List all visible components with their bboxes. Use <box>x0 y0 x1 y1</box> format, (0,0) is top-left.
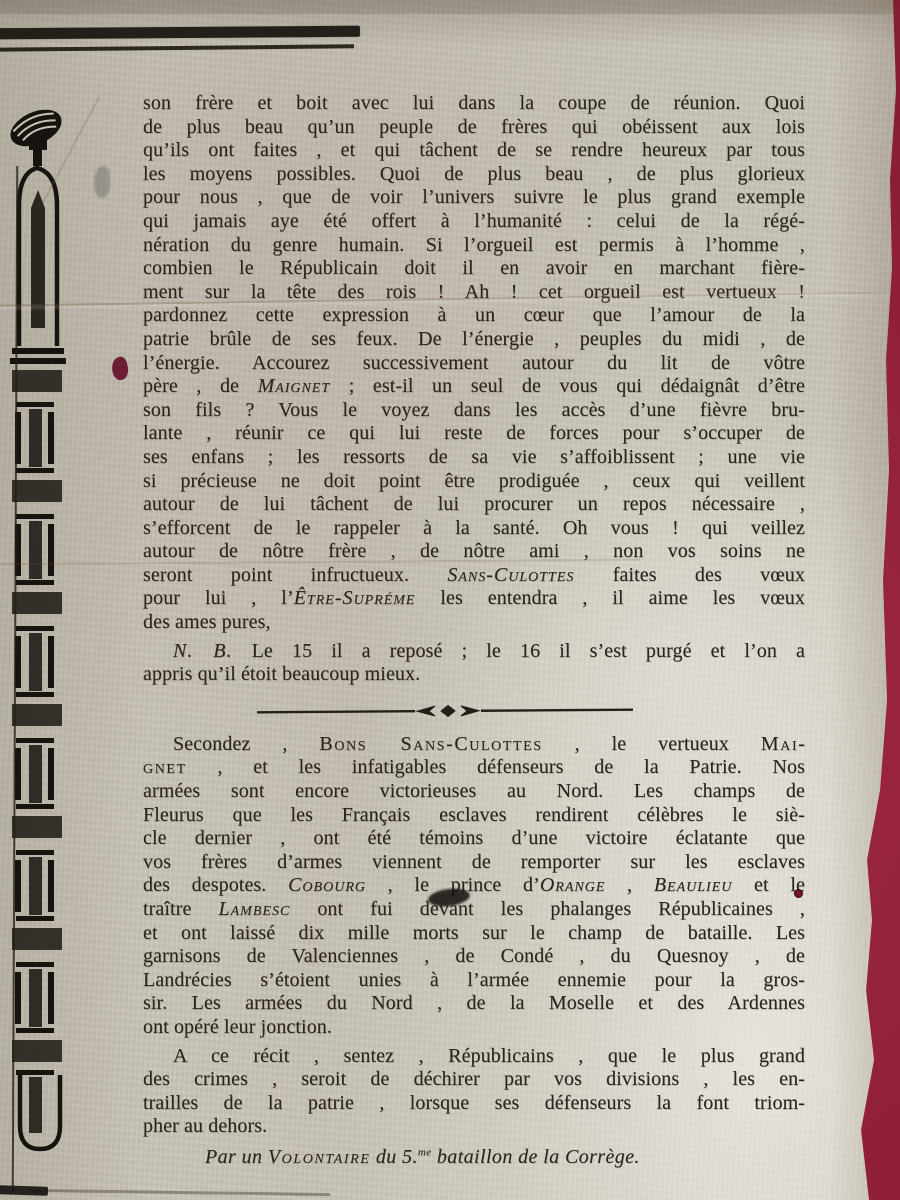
text-line: qui jamais aye été offert à l’humanité :… <box>143 210 805 234</box>
paragraph: Secondez , Bons Sans-Culottes , le vertu… <box>143 733 805 1040</box>
text-line: A ce récit , sentez , Républicains , que… <box>143 1045 805 1069</box>
text-line: traître Lambesc ont fui devant les phala… <box>143 898 805 922</box>
text-line: ses enfans ; les ressorts de sa vie s’af… <box>143 446 805 470</box>
section-divider <box>255 702 635 718</box>
text-line: pour nous , que de voir l’univers suivre… <box>143 186 805 210</box>
top-rule-thick <box>0 26 360 40</box>
text-line: Landrécies s’étoient unies à l’armée enn… <box>143 969 805 993</box>
text-line: armées sont encore victorieuses au Nord.… <box>143 780 805 804</box>
paper-top-edge-shadow <box>0 0 900 14</box>
text-line: les moyens possibles. Quoi de plus beau … <box>143 163 805 187</box>
text-line: s’efforcent de le rappeler à la santé. O… <box>143 517 805 541</box>
text-line: garnisons de Valenciennes , de Condé , d… <box>143 945 805 969</box>
text-line: sir. Les armées du Nord , de la Moselle … <box>143 992 805 1016</box>
text-column: son frère et boit avec lui dans la coupe… <box>143 92 805 1139</box>
text-line: autour de lui tâchent de lui procurer un… <box>143 493 805 517</box>
signature-line: Par un Volontaire du 5.me bataillon de l… <box>205 1146 825 1169</box>
text-line: père , de Maignet ; est-il un seul de vo… <box>143 375 805 399</box>
red-wax-stain <box>110 356 130 382</box>
divider-fleuron-icon <box>255 703 635 719</box>
text-line: patrie brûle de ses feux. De l’énergie ,… <box>143 328 805 352</box>
paragraph: A ce récit , sentez , Républicains , que… <box>143 1045 805 1139</box>
text-line: nération du genre humain. Si l’orgueil e… <box>143 234 805 258</box>
text-line: des ames pures, <box>143 611 805 635</box>
text-line: l’énergie. Accourez successivement autou… <box>143 352 805 376</box>
bottom-rule-faint <box>30 1189 330 1196</box>
text-line: pher au dehors. <box>143 1115 805 1139</box>
text-line: des crimes , seroit de déchirer par vos … <box>143 1068 805 1092</box>
pamphlet-page: son frère et boit avec lui dans la coupe… <box>0 0 900 1200</box>
text-line: son fils ? Vous le voyez dans les accès … <box>143 399 805 423</box>
text-line: de plus beau qu’un peuple de frères qui … <box>143 116 805 140</box>
text-line: seront point infructueux. Sans-Culottes … <box>143 564 805 588</box>
paragraph: N. B. Le 15 il a reposé ; le 16 il s’est… <box>143 640 805 687</box>
top-rule-thin <box>0 44 354 51</box>
photograph-backdrop: { "document": { "kind": "french-revoluti… <box>0 0 900 1200</box>
text-line: cle dernier , ont été témoins d’une vict… <box>143 827 805 851</box>
text-line: Secondez , Bons Sans-Culottes , le vertu… <box>143 733 805 757</box>
text-line: qu’ils ont faites , et qui tâchent de se… <box>143 139 805 163</box>
text-line: N. B. Le 15 il a reposé ; le 16 il s’est… <box>143 640 805 664</box>
text-line: Fleurus que les Français esclaves rendir… <box>143 804 805 828</box>
paragraph: son frère et boit avec lui dans la coupe… <box>143 92 805 635</box>
text-line: combien le Républicain doit il en avoir … <box>143 257 805 281</box>
text-line: appris qu’il étoit beaucoup mieux. <box>143 663 805 687</box>
text-line: trailles de la patrie , lorsque ses défe… <box>143 1092 805 1116</box>
body-section-1: son frère et boit avec lui dans la coupe… <box>143 92 805 687</box>
worm-hole <box>794 889 803 898</box>
text-line: des despotes. Cobourg , le prince d’Oran… <box>143 874 805 898</box>
text-line: si précieuse ne doit point être prodigué… <box>143 470 805 494</box>
text-line: pour lui , l’Être-Supréme les entendra ,… <box>143 587 805 611</box>
text-line: ont opéré leur jonction. <box>143 1016 805 1040</box>
text-line: lante , réunir ce qui lui reste de force… <box>143 422 805 446</box>
text-line: gnet , et les infatigables défenseurs de… <box>143 756 805 780</box>
text-line: pardonnez cette expression à un cœur que… <box>143 304 805 328</box>
text-line: son frère et boit avec lui dans la coupe… <box>143 92 805 116</box>
gray-smudge <box>94 166 110 198</box>
body-section-2: Secondez , Bons Sans-Culottes , le vertu… <box>143 733 805 1139</box>
text-line: vos frères d’armes viennent de remporter… <box>143 851 805 875</box>
torn-edge-shadow <box>828 0 900 1200</box>
text-line: et ont laissé dix mille morts sur le cha… <box>143 922 805 946</box>
